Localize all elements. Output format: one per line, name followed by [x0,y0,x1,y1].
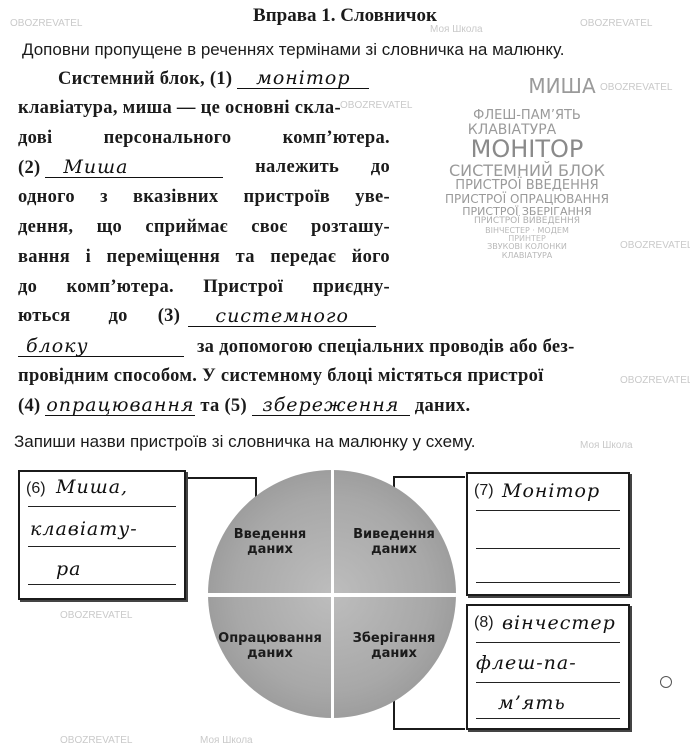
watermark: OBOZREVATEL [620,240,690,251]
quadrant-storage: Зберіганняданих [332,594,456,718]
blank-number: (3) [158,306,180,327]
quadrant-label: даних [234,542,307,557]
paragraph-line-8: до комп’ютера. Пристрої приєдну- [18,277,390,298]
word: сприймає [145,217,228,238]
word: до [371,157,390,179]
blank-number: (2) [18,158,40,178]
box-number: (7) [474,482,494,500]
word: персонального [104,128,232,149]
answer-box-8[interactable]: (8) вінчестер флеш-па- м’ять [466,604,630,730]
word: до [108,306,127,327]
watermark: Моя Школа [200,735,253,746]
box-answer-line[interactable]: Монітор [502,480,600,502]
instruction-fill-blanks: Доповни пропущене в реченнях термінами з… [22,40,564,60]
dictionary-word: ПРИСТРОЇ ВВЕДЕННЯ [402,179,652,193]
dictionary-word: МОНІТОР [402,137,652,162]
answer-5-field[interactable]: збереження [252,395,410,416]
box-answer-line[interactable]: ра [56,558,82,580]
word: з [100,187,108,208]
blank-number: (4) [18,396,40,416]
answer-2-field[interactable]: Миша [45,157,223,178]
dictionary-word: ФЛЕШ-ПАМ’ЯТЬ [402,109,652,123]
paragraph-line-4: (2) Миша належить до [18,157,390,179]
quadrant-divider-horizontal [208,593,456,597]
word: пристроїв [244,187,331,208]
watermark: OBOZREVATEL [60,735,132,746]
box-answer-line[interactable]: Миша, [56,476,128,498]
paragraph-line-1: Системний блок, (1) монітор [58,68,369,90]
writing-line [28,506,176,507]
answer-1-field[interactable]: монітор [237,68,369,89]
word: передає [270,247,336,268]
word: ються [18,306,70,327]
writing-line [476,682,620,683]
quadrant-output: Виведенняданих [332,470,456,594]
paragraph-line-5: одного з вказівних пристроїв уве- [18,187,390,208]
watermark: OBOZREVATEL [620,375,690,386]
paragraph-line-12: (4) опрацювання та (5) збереження даних. [18,395,470,417]
instruction-schema: Запиши назви пристроїв зі словничка на м… [14,432,475,452]
quadrant-processing: Опрацюванняданих [208,594,332,718]
dictionary-word: СИСТЕМНИЙ БЛОК [402,163,652,180]
paragraph-line-2: клавіатура, миша — це основні скла- [18,98,341,119]
word: вання [18,247,70,268]
data-processing-circle: Введенняданих Виведенняданих Опрацювання… [208,470,456,718]
box-answer-line[interactable]: клавіату- [30,518,138,540]
word: своє [251,217,288,238]
word: уве- [355,187,390,208]
paragraph-line-7: вання і переміщення та передає його [18,247,390,268]
answer-3-field[interactable]: системного [188,306,376,327]
word: і [86,247,91,268]
watermark: OBOZREVATEL [600,82,672,93]
word: приєдну- [313,277,390,298]
box-number: (8) [474,614,494,632]
watermark: Моя Школа [580,440,633,451]
dictionary-word-cloud: МИША ФЛЕШ-ПАМ’ЯТЬ КЛАВІАТУРА МОНІТОР СИС… [402,76,652,260]
writing-line [476,510,620,511]
quadrant-input: Введенняданих [208,470,332,594]
writing-line [476,718,620,719]
box-answer-line[interactable]: вінчестер [502,612,616,634]
word: та [236,247,255,268]
quadrant-label: даних [218,646,322,661]
quadrant-label: Введення [234,527,307,542]
word: що [97,217,122,238]
quadrant-label: Виведення [353,527,435,542]
writing-line [28,584,176,585]
answer-box-7[interactable]: (7) Монітор [466,472,630,596]
quadrant-label: даних [353,542,435,557]
dictionary-word: КЛАВІАТУРА [402,252,652,260]
writing-line [476,548,620,549]
quadrant-label: Зберігання [353,631,436,646]
answer-4-field[interactable]: опрацювання [45,395,195,416]
text-segment: за допомогою спеціальних проводів або бе… [197,337,575,357]
watermark: Моя Школа [430,24,483,35]
paragraph-line-6: дення, що сприймає своє розташу- [18,217,390,238]
word: Пристрої [203,277,283,298]
writing-line [28,546,176,547]
paragraph-line-3: дові персонального комп’ютера. [18,128,390,149]
word: переміщення [107,247,221,268]
text-segment: даних. [415,396,471,416]
watermark: OBOZREVATEL [10,18,82,29]
answer-box-6[interactable]: (6) Миша, клавіату- ра [18,470,186,600]
word: дення, [18,217,73,238]
answer-3-continued-field[interactable]: блоку [18,336,184,357]
word: його [352,247,390,268]
watermark: OBOZREVATEL [340,100,412,111]
box-number: (6) [26,480,46,498]
dictionary-word: ПРИСТРОЇ ОПРАЦЮВАННЯ [402,193,652,206]
watermark: OBOZREVATEL [580,18,652,29]
text-segment: Системний блок, (1) [58,69,232,89]
decorative-circle-fragment [660,676,672,688]
word: вказівних [133,187,218,208]
box-answer-line[interactable]: м’ять [498,692,566,714]
word: одного [18,187,75,208]
box-answer-line[interactable]: флеш-па- [476,652,577,674]
quadrant-label: даних [353,646,436,661]
text-segment: та (5) [200,396,247,416]
word: дові [18,128,52,149]
word: комп’ютера. [67,277,174,298]
writing-line [476,642,620,643]
quadrant-label: Опрацювання [218,631,322,646]
watermark: OBOZREVATEL [60,610,132,621]
paragraph-line-9: ються до (3) системного [18,306,390,327]
writing-line [476,582,620,583]
word: належить [255,157,339,179]
paragraph-line-11: провідним способом. У системному блоці м… [18,366,544,387]
paragraph-line-10: блоку за допомогою спеціальних проводів … [18,336,575,358]
word: розташу- [311,217,390,238]
word: до [18,277,37,298]
